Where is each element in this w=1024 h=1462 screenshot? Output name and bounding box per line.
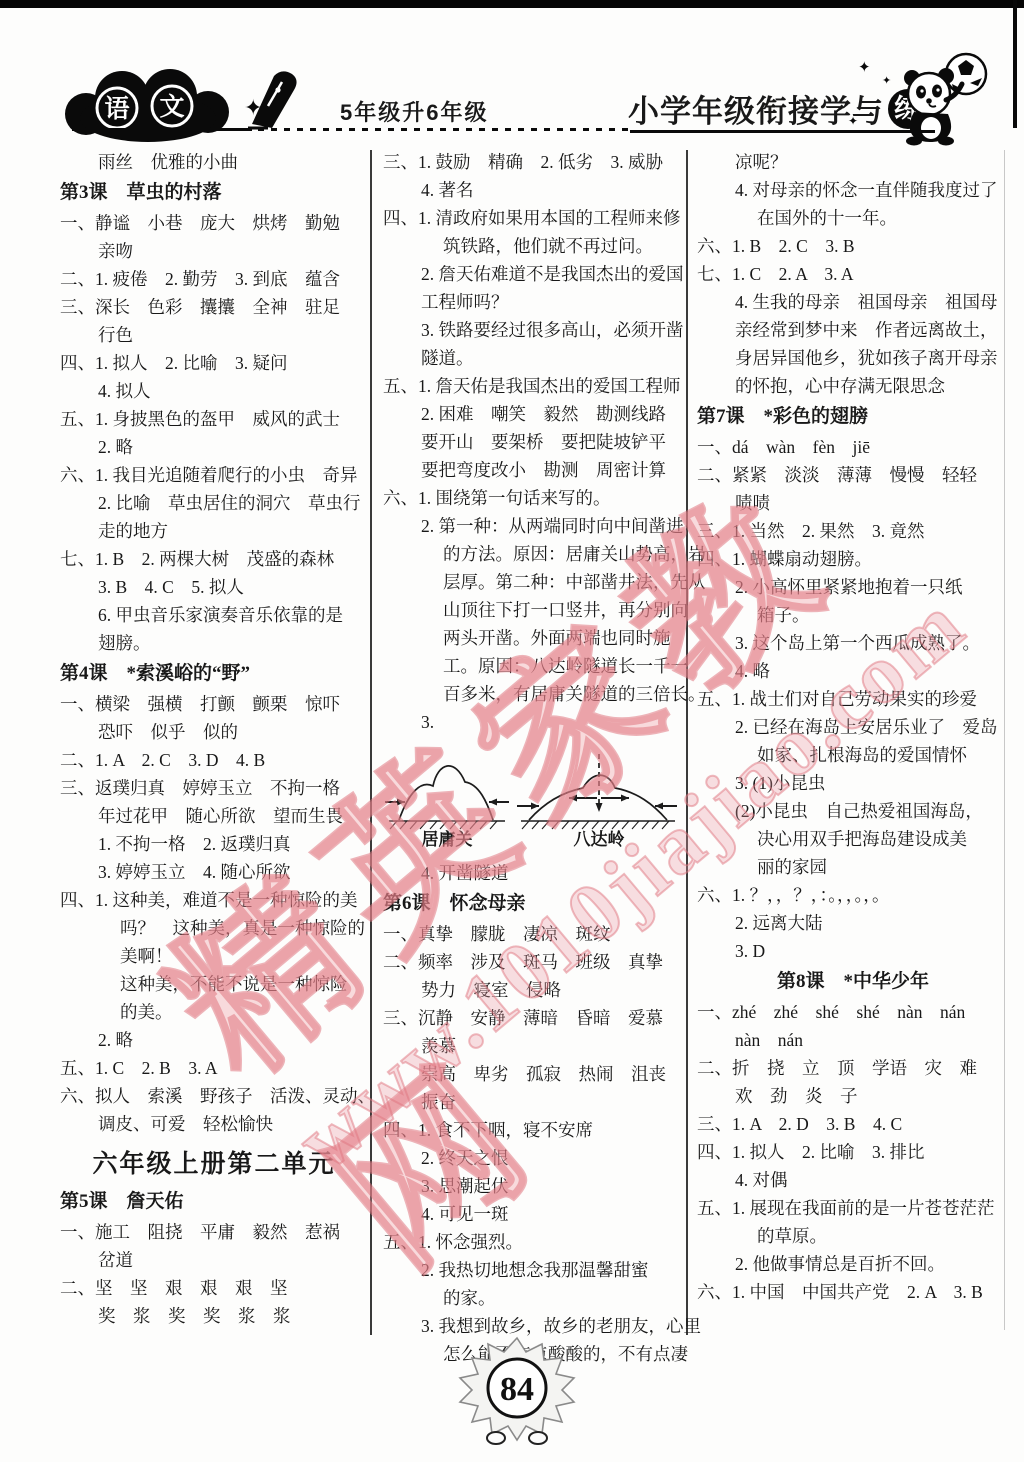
answer-line: 二、紧紧 淡淡 薄薄 慢慢 轻轻 — [697, 461, 1009, 489]
answer-line: 2. 比喻 草虫居住的洞穴 草虫行 — [60, 489, 368, 517]
answer-line: 2. 第一种：从两端同时向中间凿进 — [383, 512, 688, 540]
answer-line: 五、1. C 2. B 3. A — [60, 1054, 368, 1082]
answer-line: 美啊！ — [60, 942, 368, 970]
answer-line: 的美。 — [60, 998, 368, 1026]
answer-column-1: 雨丝 优雅的小曲第3课 草虫的村落一、静谧 小巷 庞大 烘烤 勤勉亲吻二、1. … — [60, 148, 368, 1330]
answer-line: 4. 生我的母亲 祖国母亲 祖国母 — [697, 288, 1009, 316]
answer-line: 3. 这个岛上第一个西瓜成熟了。 — [697, 629, 1009, 657]
answer-line: 2. 略 — [60, 1026, 368, 1054]
answer-line: 3. — [383, 708, 688, 736]
answer-line: 年过花甲 随心所欲 望而生畏 — [60, 802, 368, 830]
answer-line: 一、dá wàn fèn jiē — [697, 433, 1009, 461]
answer-line: 4. 可见一斑 — [383, 1200, 688, 1228]
answer-line: 层厚。第二种：中部凿井法，先从 — [383, 568, 688, 596]
column-divider-1 — [370, 150, 372, 1335]
answer-line: 百多米，有居庸关隧道的三倍长。 — [383, 680, 688, 708]
answer-line: 四、1. 食不下咽，寝不安席 — [383, 1116, 688, 1144]
answer-line: 啧啧 — [697, 489, 1009, 517]
answer-line: 六、1. B 2. C 3. B — [697, 232, 1009, 260]
scan-right-edge-mark — [1013, 0, 1017, 128]
answer-line: 决心用双手把海岛建设成美 — [697, 825, 1009, 853]
diagram-label-badaling: 八达岭 — [574, 829, 625, 849]
answer-line: 三、返璞归真 婷婷玉立 不拘一格 — [60, 774, 368, 802]
lesson-heading: 第8课 *中华少年 — [697, 968, 1009, 996]
answer-line: 四、1. 拟人 2. 比喻 3. 排比 — [697, 1138, 1009, 1166]
answer-line: 二、1. A 2. C 3. D 4. B — [60, 746, 368, 774]
header-rule-dotted — [258, 128, 628, 131]
answer-line: 4. 拟人 — [60, 377, 368, 405]
lesson-heading: 第3课 草虫的村落 — [60, 179, 368, 207]
answer-line: 要开山 要架桥 要把陡坡铲平 — [383, 428, 688, 456]
scanned-workbook-page: 语 文 ✦ 5年级升6年级 小学年级衔接学与 练 ✦ ✦ ✦ — [0, 0, 1024, 1462]
answer-line: 崇高 卑劣 孤寂 热闹 沮丧 — [383, 1060, 688, 1088]
answer-line: 一、施工 阻挠 平庸 毅然 惹祸 — [60, 1218, 368, 1246]
answer-line: 五、1. 展现在我面前的是一片苍苍茫茫 — [697, 1194, 1009, 1222]
diagram-label-juyongguan: 居庸关 — [422, 829, 473, 849]
answer-line: 工。原因：八达岭隧道长一千一 — [383, 652, 688, 680]
header-rule-solid-right — [630, 130, 935, 133]
answer-line: (2)小昆虫 自己热爱祖国海岛， — [697, 797, 1009, 825]
answer-line: 2. 他做事情总是百折不回。 — [697, 1250, 1009, 1278]
logo-char-yu: 语 — [104, 95, 129, 123]
answer-line: 6. 甲虫音乐家演奏音乐依靠的是 — [60, 601, 368, 629]
answer-line: 调皮、可爱 轻松愉快 — [60, 1110, 368, 1138]
answer-line: 3. 铁路要经过很多高山，必须开凿 — [383, 316, 688, 344]
answer-line: 二、频率 涉及 斑马 班级 真挚 — [383, 948, 688, 976]
answer-line: 丽的家园 — [697, 853, 1009, 881]
answer-line: 七、1. B 2. 两棵大树 茂盛的森林 — [60, 545, 368, 573]
answer-line: 3. 思潮起伏 — [383, 1172, 688, 1200]
answer-line: 的家。 — [383, 1284, 688, 1312]
tunnel-digging-diagram: 居庸关 八达岭 — [383, 740, 688, 857]
answer-line: 雨丝 优雅的小曲 — [60, 148, 368, 176]
answer-line: 在国外的十一年。 — [697, 204, 1009, 232]
sparkle-icon: ✦ — [848, 114, 858, 128]
answer-line: 的方法。原因：居庸关山势高，岩 — [383, 540, 688, 568]
answer-line: 翅膀。 — [60, 629, 368, 657]
answer-line: 箱子。 — [697, 601, 1009, 629]
answer-line: 2. 终天之恨 — [383, 1144, 688, 1172]
answer-line: 亲吻 — [60, 237, 368, 265]
answer-line: 吗？ 这种美，真是一种惊险的 — [60, 914, 368, 942]
answer-line: 五、1. 身披黑色的盔甲 威风的武士 — [60, 405, 368, 433]
answer-line: 六、1. 我目光追随着爬行的小虫 奇异 — [60, 461, 368, 489]
page-number-badge: 84 — [452, 1332, 582, 1455]
answer-line: 一、横梁 强横 打颤 颤栗 惊吓 — [60, 690, 368, 718]
answer-line: 3. 婷婷玉立 4. 随心所欲 — [60, 858, 368, 886]
answer-line: 三、沉静 安静 薄暗 昏暗 爱慕 — [383, 1004, 688, 1032]
book-title: 小学年级衔接学与 练 — [628, 86, 928, 131]
answer-line: 二、折 挠 立 顶 学语 灾 难 — [697, 1054, 1009, 1082]
lesson-heading: 第6课 怀念母亲 — [383, 890, 688, 918]
page-number: 84 — [500, 1371, 534, 1408]
answer-line: 亲经常到梦中来 作者远离故土， — [697, 316, 1009, 344]
answer-line: 四、1. 拟人 2. 比喻 3. 疑问 — [60, 349, 368, 377]
answer-line: 三、1. A 2. D 3. B 4. C — [697, 1110, 1009, 1138]
answer-line: 四、1. 清政府如果用本国的工程师来修 — [383, 204, 688, 232]
book-title-text: 小学年级衔接学与 — [628, 86, 884, 131]
answer-line: 的怀抱，心中存满无限思念 — [697, 372, 1009, 400]
answer-line: 恐吓 似乎 似的 — [60, 718, 368, 746]
answer-line: 二、1. 疲倦 2. 勤劳 3. 到底 蕴含 — [60, 265, 368, 293]
answer-line: 4. 著名 — [383, 176, 688, 204]
answer-line: 2. 已经在海岛上安居乐业了 爱岛 — [697, 713, 1009, 741]
answer-line: 2. 远离大陆 — [697, 909, 1009, 937]
answer-line: 五、1. 詹天佑是我国杰出的爱国工程师 — [383, 372, 688, 400]
answer-line: 三、深长 色彩 攮攮 全神 驻足 — [60, 293, 368, 321]
lesson-heading: 第7课 *彩色的翅膀 — [697, 403, 1009, 431]
answer-line: 4. 略 — [697, 657, 1009, 685]
answer-line: 两头开凿。外面两端也同时施 — [383, 624, 688, 652]
answer-line: 四、1. 蝴蝶扇动翅膀。 — [697, 545, 1009, 573]
answer-line: 2. 困难 嘲笑 毅然 勘测线路 — [383, 400, 688, 428]
answer-line: 五、1. 战士们对自己劳动果实的珍爱 — [697, 685, 1009, 713]
answer-line: 筑铁路，他们就不再过问。 — [383, 232, 688, 260]
answer-line: 岔道 — [60, 1246, 368, 1274]
sparkle-icon: ✦ — [858, 58, 871, 76]
answer-line: 这种美，不能不说是一种惊险 — [60, 970, 368, 998]
answer-line: 五、1. 怀念强烈。 — [383, 1228, 688, 1256]
answer-line: 身居异国他乡，犹如孩子离开母亲 — [697, 344, 1009, 372]
answer-line: 三、1. 鼓励 精确 2. 低劣 3. 威胁 — [383, 148, 688, 176]
answer-line: 三、1. 当然 2. 果然 3. 竟然 — [697, 517, 1009, 545]
answer-line: 六、拟人 索溪 野孩子 活泼、灵动、 — [60, 1082, 368, 1110]
answer-line: 羡慕 — [383, 1032, 688, 1060]
answer-line: 隧道。 — [383, 344, 688, 372]
answer-line: 要把弯度改小 勘测 周密计算 — [383, 456, 688, 484]
answer-line: 二、坚 坚 艰 艰 艰 坚 — [60, 1274, 368, 1302]
answer-line: 4. 对母亲的怀念一直伴随我度过了 — [697, 176, 1009, 204]
answer-line: 3. B 4. C 5. 拟人 — [60, 573, 368, 601]
answer-column-2: 三、1. 鼓励 精确 2. 低劣 3. 威胁4. 著名四、1. 清政府如果用本国… — [383, 148, 688, 1368]
grade-level-text: 5年级升6年级 — [340, 96, 488, 127]
answer-line: 欢 劲 炎 子 — [697, 1082, 1009, 1110]
answer-line: 六、1. 围绕第一句话来写的。 — [383, 484, 688, 512]
lesson-heading: 第4课 *索溪峪的“野” — [60, 660, 368, 688]
answer-line: 工程师吗？ — [383, 288, 688, 316]
answer-line: 振奋 — [383, 1088, 688, 1116]
answer-line: 2. 我热切地想念我那温馨甜蜜 — [383, 1256, 688, 1284]
answer-line: 一、静谧 小巷 庞大 烘烤 勤勉 — [60, 209, 368, 237]
answer-line: 1. 不拘一格 2. 返璞归真 — [60, 830, 368, 858]
answer-line: 凉呢？ — [697, 148, 1009, 176]
answer-line: 2. 略 — [60, 433, 368, 461]
answer-line: 2. 詹天佑难道不是我国杰出的爱国 — [383, 260, 688, 288]
answer-line: 走的地方 — [60, 517, 368, 545]
answer-line: 行色 — [60, 321, 368, 349]
panda-mascot — [890, 48, 994, 151]
pen-nib-icon — [238, 66, 308, 137]
answer-line: 一、zhé zhé shé shé nàn nán — [697, 998, 1009, 1026]
answer-line: 3. D — [697, 937, 1009, 965]
answer-line: 的草原。 — [697, 1222, 1009, 1250]
answer-line: 势力 寝室 侵略 — [383, 976, 688, 1004]
answer-line: 一、真挚 朦胧 凄凉 斑纹 — [383, 920, 688, 948]
lesson-heading: 六年级上册第二单元 — [60, 1143, 368, 1185]
answer-line: nàn nán — [697, 1026, 1009, 1054]
answer-line: 4. 对偶 — [697, 1166, 1009, 1194]
answer-line: 如家、扎根海岛的爱国情怀 — [697, 741, 1009, 769]
answer-line: 七、1. C 2. A 3. A — [697, 260, 1009, 288]
answer-line: 山顶往下打一口竖井，再分别向 — [383, 596, 688, 624]
lesson-heading: 第5课 詹天佑 — [60, 1188, 368, 1216]
answer-line: 奖 浆 奖 奖 浆 浆 — [60, 1302, 368, 1330]
answer-line: 2. 小高怀里紧紧地抱着一只纸 — [697, 573, 1009, 601]
answer-line: 3. (1)小昆虫 — [697, 769, 1009, 797]
logo-char-wen: 文 — [159, 93, 184, 121]
header-rule-solid-left — [72, 128, 252, 131]
answer-line: 4. 开凿隧道 — [383, 859, 688, 887]
scan-top-border — [0, 0, 1024, 8]
answer-line: 四、1. 这种美，难道不是一种惊险的美 — [60, 886, 368, 914]
subject-logo-cloud: 语 文 — [60, 66, 238, 153]
answer-column-3: 凉呢？4. 对母亲的怀念一直伴随我度过了在国外的十一年。六、1. B 2. C … — [697, 148, 1009, 1306]
answer-line: 六、1. 中国 中国共产党 2. A 3. B — [697, 1278, 1009, 1306]
answer-line: 六、1. ？，，？，：。，，。，。 — [697, 881, 1009, 909]
